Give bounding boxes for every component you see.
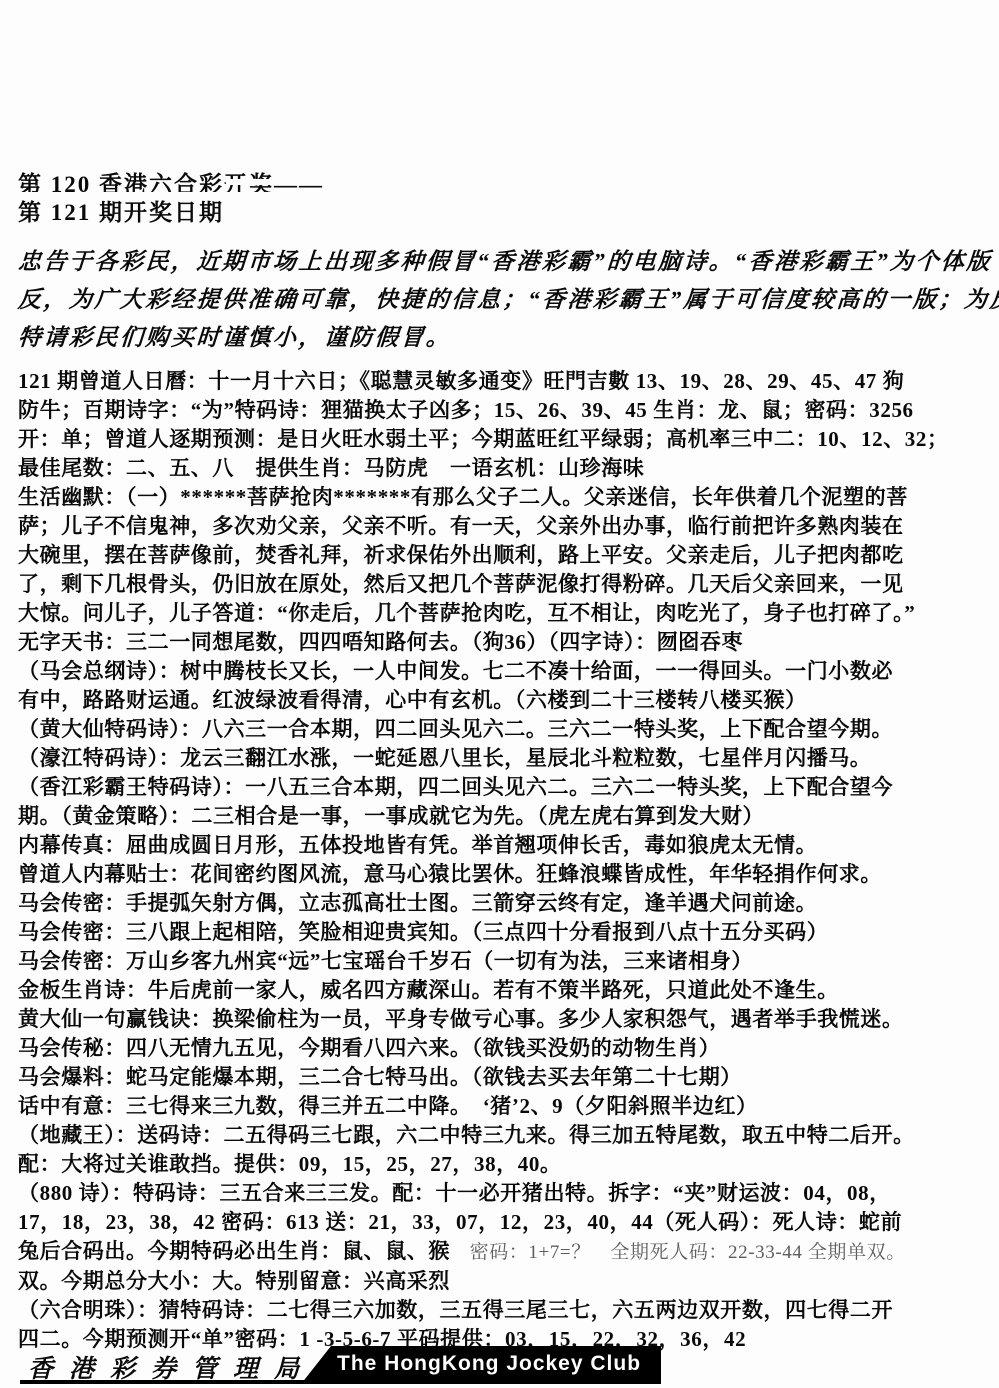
text-line: 兔后合码出。今期特码必出生肖：鼠、鼠、猴 [18,1239,450,1263]
text-line: 金板生肖诗：牛后虎前一家人，威名四方藏深山。若有不策半路死，只道此处不逢生。 [18,976,971,1005]
text-line: 了，剩下几根骨头，仍旧放在原处，然后又把几个菩萨泥像打得粉碎。几天后父亲回来，一… [18,570,971,599]
text-line: （六合明珠）：猜特码诗：二七得三六加数，三五得三尾三七，六五两边双开数，四七得二… [18,1296,971,1325]
text-line: 黄大仙一句赢钱诀：换梁偷柱为一员，平身专做亏心事。多少人家积怨气，遇者举手我慌迷… [18,1005,971,1034]
chinese-lottery-bureau-logo: 香港彩券管理局 [20,1346,317,1384]
notice-line: 忠告于各彩民，近期市场上出现多种假冒“香港彩霸”的电脑诗。“香港彩霸王”为个体版 [17,243,973,281]
text-line: 曾道人内幕贴士：花间密约图风流，意马心猿比罢休。狂蜂浪蝶皆成性，年华轻捐作何求。 [18,860,971,889]
notice-line: 反，为广大彩经提供准确可靠，快捷的信息；“香港彩霸王”属于可信度较高的一版；为皮 [17,281,973,319]
counterfeit-warning-paragraph: 忠告于各彩民，近期市场上出现多种假冒“香港彩霸”的电脑诗。“香港彩霸王”为个体版… [18,243,971,357]
text-line: 无字天书：三二一同想尾数，四四唔知路何去。（狗36）（四字诗）：囫囵吞枣 [18,628,971,657]
scanned-lottery-tipsheet-page: 第 120 香港六合彩开奖—— 第 121 期开奖日期 忠告于各彩民，近期市场上… [0,0,999,1388]
text-line: 萨；儿子不信鬼神，多次劝父亲，父亲不听。有一天，父亲外出办事，临行前把许多熟肉装… [18,512,971,541]
text-line: 17，18，23，38，42 密码：613 送：21，33，07，12，23，4… [18,1208,971,1237]
faded-scan-text: 密码：1+7=？ 全期死人码：22-33-44 全期单双。 [450,1242,906,1263]
text-line: （地藏王）：送码诗：二五得码三七跟，六二中特三九来。得三加五特尾数，取五中特二后… [18,1121,971,1150]
text-line: 双。今期总分大小：大。特别留意：兴高采烈 [18,1267,971,1296]
text-line: 内幕传真：屈曲成圆日月形，五体投地皆有凭。举首翘项伸长舌，毒如狼虎太无情。 [18,831,971,860]
text-line: （880 诗）：特码诗：三五合来三三发。配：十一必开猪出特。拆字：“夹”财运波：… [18,1179,971,1208]
notice-line: 特请彩民们购买时谨慎小，谨防假冒。 [17,319,973,357]
text-line: 马会传秘：四八无情九五见，今期看八四六来。（欲钱买没奶的动物生肖） [18,1034,971,1063]
text-line: 配：大将过关谁敢挡。提供：09，15，25，27，38，40。 [18,1150,971,1179]
text-line: 开：单；曾道人逐期预测：是日火旺水弱土平；今期蓝旺红平绿弱；高机率三中二：10、… [18,425,971,454]
text-line: 期。（黄金策略）：二三相合是一事，一事成就它为先。（虎左虎右算到发大财） [18,802,971,831]
text-line: 121 期曾道人日曆：十一月十六日；《聪慧灵敏多通变》旺門吉數 13、19、28… [18,367,971,396]
text-line-with-faded-part: 兔后合码出。今期特码必出生肖：鼠、鼠、猴 密码：1+7=？ 全期死人码：22-3… [18,1237,971,1267]
text-line: （马会总纲诗）：树中腾枝长又长，一人中间发。七二不凑十给面，一一得回头。一门小数… [18,657,971,686]
hongkong-jockey-club-banner: The HongKong Jockey Club [301,1346,661,1384]
text-line: 生活幽默：（一）******菩萨抢肉*******有那么父子二人。父亲迷信，长年… [18,483,971,512]
text-line: 防牛；百期诗字：“为”特码诗：狸猫换太子凶多；15、26、39、45 生肖：龙、… [18,396,971,425]
text-line: 马会爆料：蛇马定能爆本期，三二合七特马出。（欲钱去买去年第二十七期） [18,1063,971,1092]
previous-issue-clipped-line: 第 120 香港六合彩开奖—— [18,166,971,192]
text-line: 大碗里，摆在菩萨像前，焚香礼拜，祈求保佑外出顺利，路上平安。父亲走后，儿子把肉都… [18,541,971,570]
text-line: 有中，路路财运通。红波绿波看得清，心中有玄机。（六楼到二十三楼转八楼买猴） [18,686,971,715]
text-line: 马会传密：万山乡客九州宾“远”七宝瑶台千岁石（一切有为法，三来诸相身） [18,947,971,976]
text-line: 最佳尾数：二、五、八 提供生肖：马防虎 一语玄机：山珍海味 [18,454,971,483]
text-line: 话中有意：三七得来三九数，得三并五二中降。 ‘猪’2、9（夕阳斜照半边红） [18,1092,971,1121]
text-line: 大惊。问儿子，儿子答道：“你走后，几个菩萨抢肉吃，互不相让，肉吃光了，身子也打碎… [18,599,971,628]
text-line: 马会传密：手提弧矢射方偶，立志孤高壮士图。三箭穿云终有定，逢羊遇犬问前途。 [18,889,971,918]
text-line: （黄大仙特码诗）：八六三一合本期，四二回头见六二。三六二一特头奖，上下配合望今期… [18,715,971,744]
text-line: 马会传密：三八跟上起相陪，笑脸相迎贵宾知。（三点四十分看报到八点十五分买码） [18,918,971,947]
text-line: （濠江特码诗）：龙云三翻江水涨，一蛇延恩八里长，星辰北斗粒粒数，七星伴月闪播马。 [18,744,971,773]
tipsheet-body-text: 121 期曾道人日曆：十一月十六日；《聪慧灵敏多通变》旺門吉數 13、19、28… [18,367,971,1354]
jockey-club-footer: 香港彩券管理局 The HongKong Jockey Club [20,1346,661,1384]
text-line: （香江彩霸王特码诗）：一八五三合本期，四二回头见六二。三六二一特头奖，上下配合望… [18,773,971,802]
page-content: 第 120 香港六合彩开奖—— 第 121 期开奖日期 忠告于各彩民，近期市场上… [18,166,971,1354]
page-title: 第 121 期开奖日期 [18,194,971,227]
